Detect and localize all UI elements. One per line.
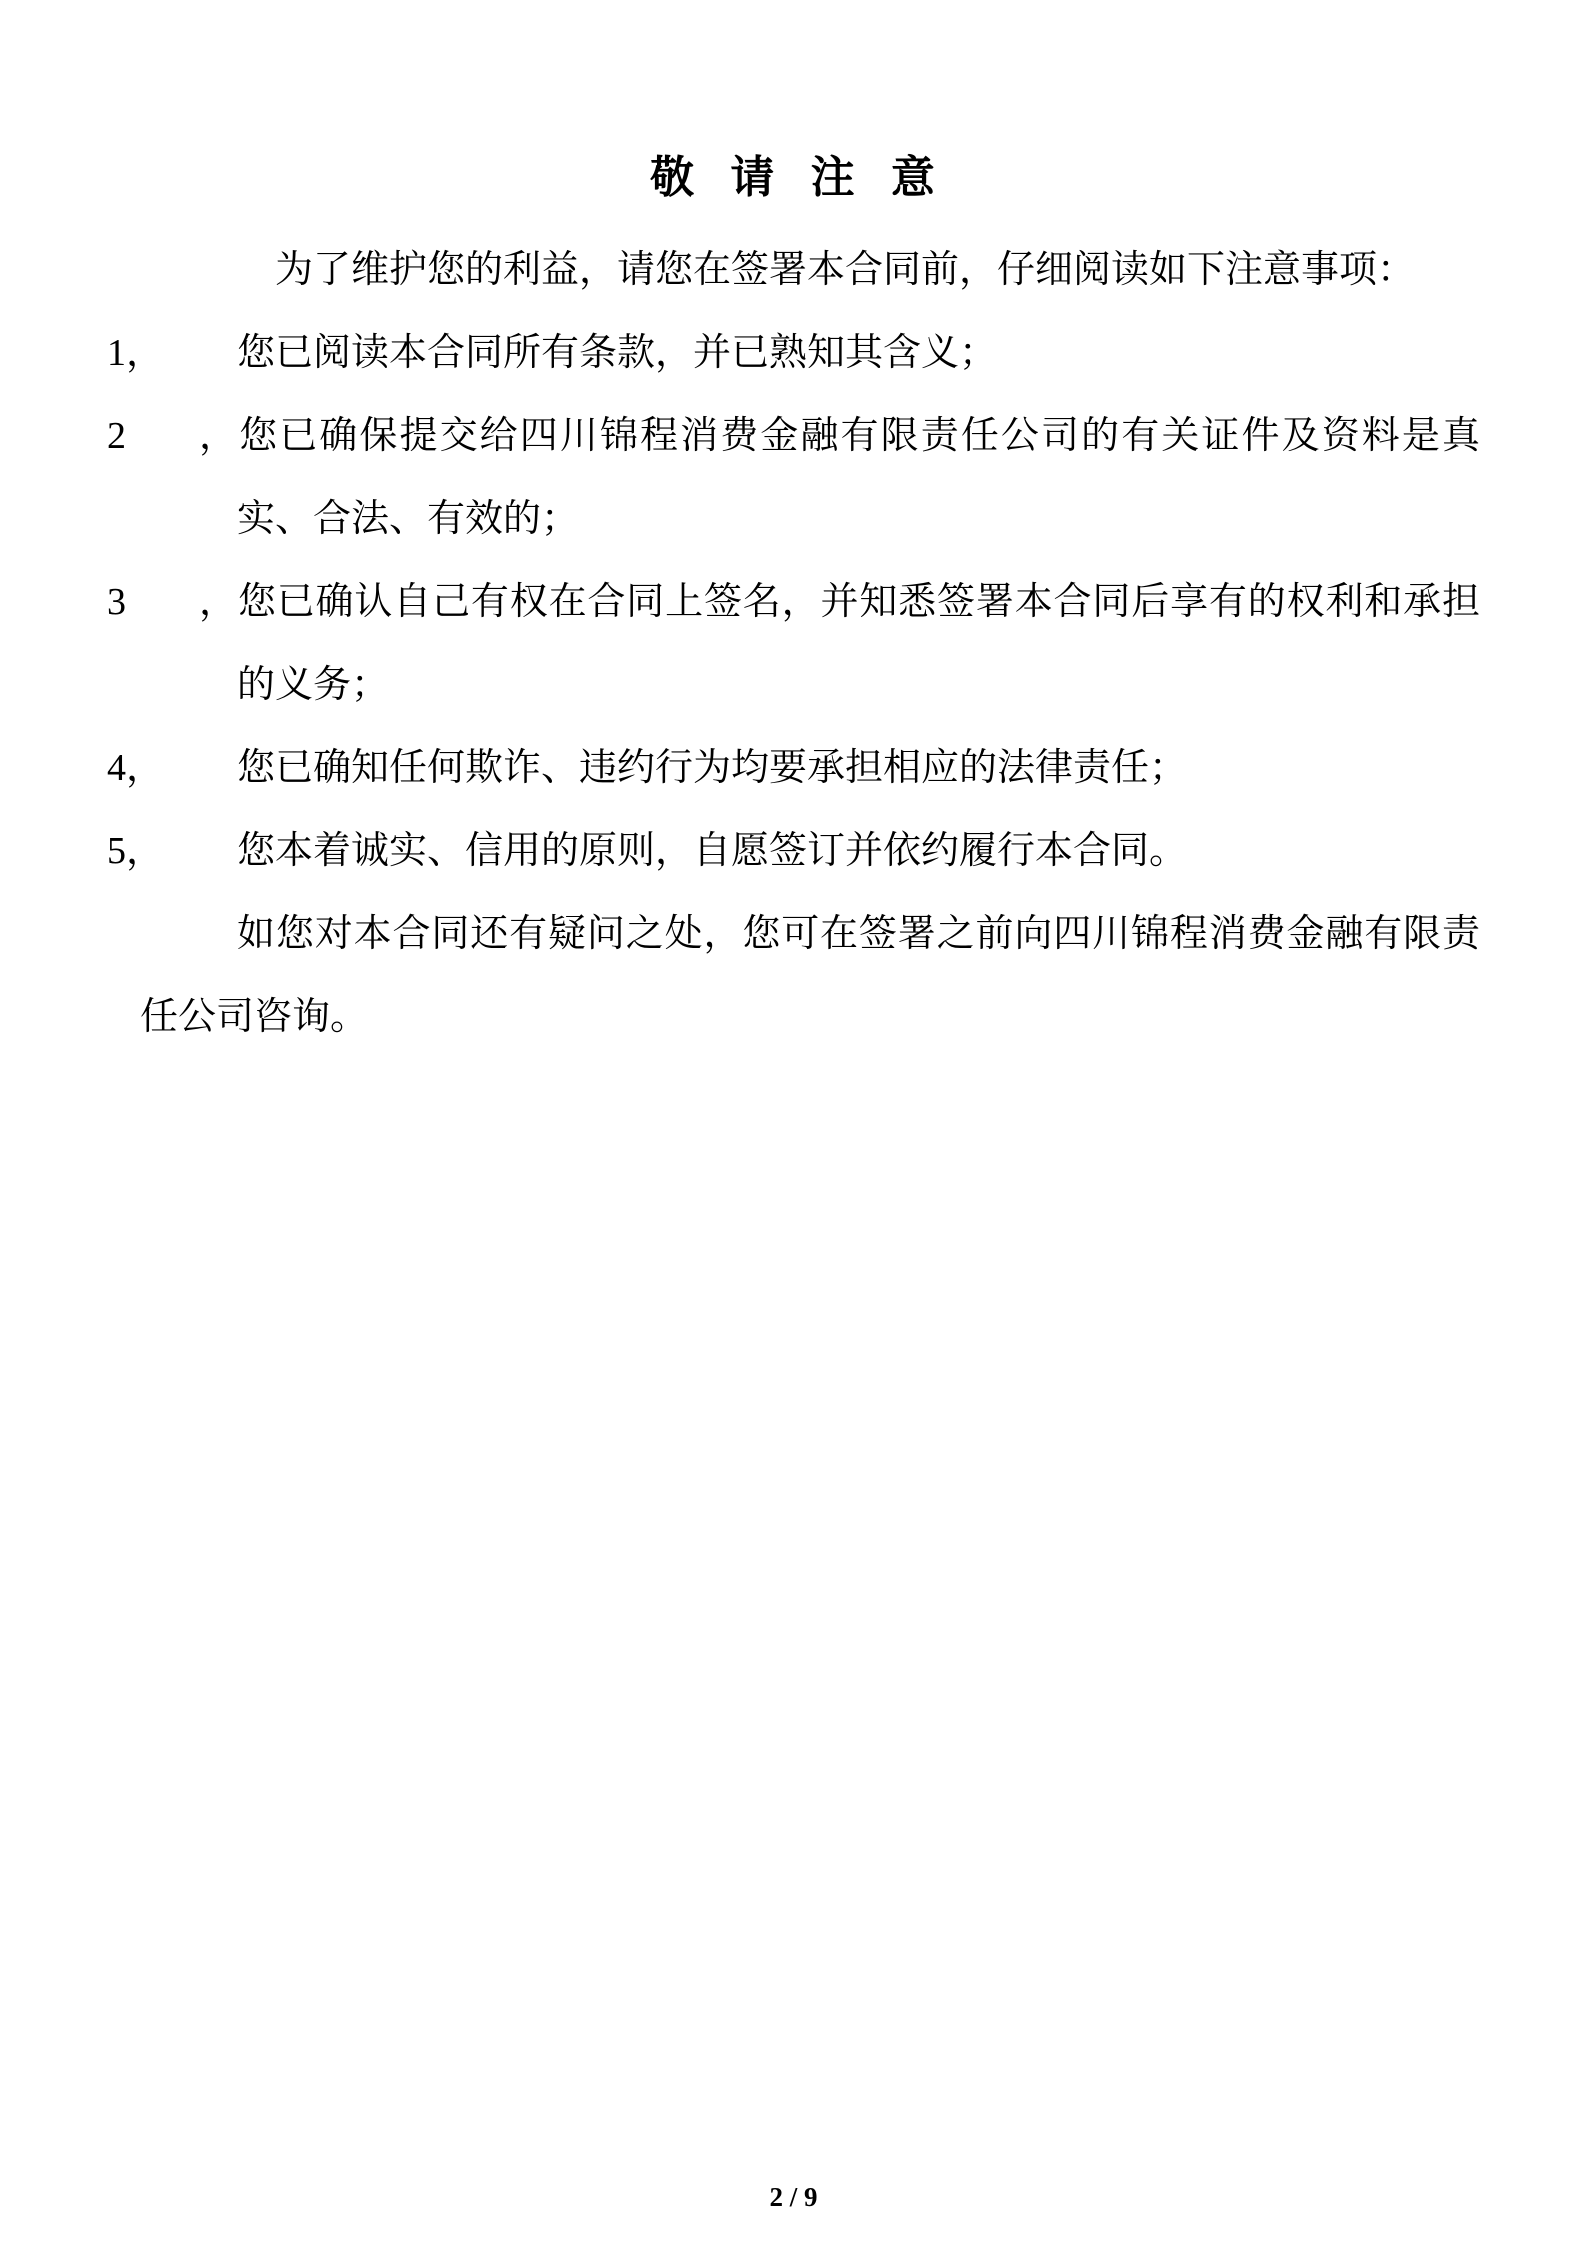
item-line: 3，您已确认自己有权在合同上签名，并知悉签署本合同后享有的权利和承担 xyxy=(107,561,1480,644)
notice-item-5: 5，您本着诚实、信用的原则，自愿签订并依约履行本合同。 xyxy=(107,810,1480,893)
notice-item-2: 2，您已确保提交给四川锦程消费金融有限责任公司的有关证件及资料是真 实、合法、有… xyxy=(107,395,1480,561)
notice-item-3: 3，您已确认自己有权在合同上签名，并知悉签署本合同后享有的权利和承担 的义务； xyxy=(107,561,1480,727)
item-number: 4， xyxy=(107,727,237,810)
item-line: 2，您已确保提交给四川锦程消费金融有限责任公司的有关证件及资料是真 xyxy=(107,395,1480,478)
item-text: 您本着诚实、信用的原则，自愿签订并依约履行本合同。 xyxy=(237,830,1187,872)
item-number: 5， xyxy=(107,810,237,893)
item-text: 您已确保提交给四川锦程消费金融有限责任公司的有关证件及资料是真 xyxy=(237,415,1480,457)
item-text: 您已确认自己有权在合同上签名，并知悉签署本合同后享有的权利和承担 xyxy=(237,581,1480,623)
item-number: 2， xyxy=(107,395,237,478)
item-text: 您已阅读本合同所有条款，并已熟知其含义； xyxy=(237,332,997,374)
item-line: 4，您已确知任何欺诈、违约行为均要承担相应的法律责任； xyxy=(107,727,1480,810)
closing-line: 如您对本合同还有疑问之处，您可在签署之前向四川锦程消费金融有限责 xyxy=(107,893,1480,976)
document-page: 敬 请 注 意 为了维护您的利益，请您在签署本合同前，仔细阅读如下注意事项： 1… xyxy=(0,0,1587,2245)
item-number: 3， xyxy=(107,561,237,644)
notice-body: 为了维护您的利益，请您在签署本合同前，仔细阅读如下注意事项： 1，您已阅读本合同… xyxy=(107,229,1480,1059)
item-line: 1，您已阅读本合同所有条款，并已熟知其含义； xyxy=(107,312,1480,395)
item-line: 5，您本着诚实、信用的原则，自愿签订并依约履行本合同。 xyxy=(107,810,1480,893)
page-content: 敬 请 注 意 为了维护您的利益，请您在签署本合同前，仔细阅读如下注意事项： 1… xyxy=(0,152,1587,1059)
item-line-continuation: 的义务； xyxy=(107,644,1480,727)
page-title: 敬 请 注 意 xyxy=(107,152,1480,204)
item-text: 您已确知任何欺诈、违约行为均要承担相应的法律责任； xyxy=(237,747,1187,789)
notice-item-1: 1，您已阅读本合同所有条款，并已熟知其含义； xyxy=(107,312,1480,395)
closing-paragraph: 如您对本合同还有疑问之处，您可在签署之前向四川锦程消费金融有限责 任公司咨询。 xyxy=(107,893,1480,1059)
closing-line-continuation: 任公司咨询。 xyxy=(107,976,1480,1059)
intro-paragraph: 为了维护您的利益，请您在签署本合同前，仔细阅读如下注意事项： xyxy=(107,229,1480,312)
item-line-continuation: 实、合法、有效的； xyxy=(107,478,1480,561)
item-number: 1， xyxy=(107,312,237,395)
page-number: 2 / 9 xyxy=(0,2182,1587,2212)
notice-item-4: 4，您已确知任何欺诈、违约行为均要承担相应的法律责任； xyxy=(107,727,1480,810)
